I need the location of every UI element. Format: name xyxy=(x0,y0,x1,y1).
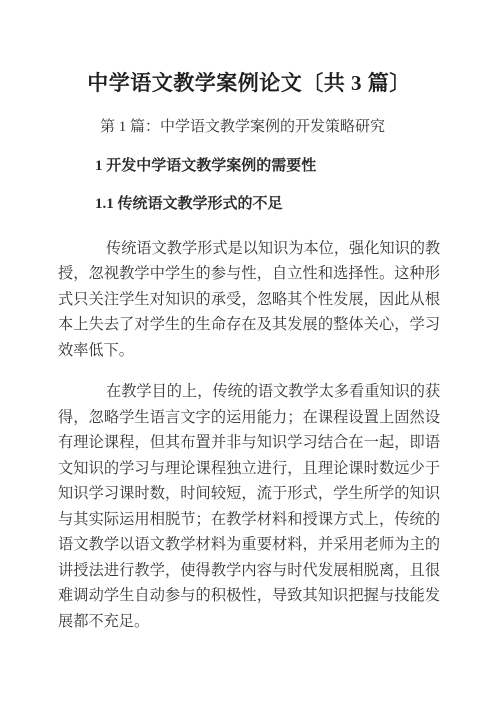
text-line: 语文教学以语文教学材料为重要材料，并采用老师为主的 xyxy=(58,532,440,558)
text-line: 讲授法进行教学，使得教学内容与时代发展相脱离，且很 xyxy=(58,558,440,584)
document-body: 传统语文教学形式是以知识为本位，强化知识的教授，忽视教学中学生的参与性，自立性和… xyxy=(58,236,440,635)
section-subtitle: 第 1 篇：中学语文教学案例的开发策略研究 xyxy=(58,115,440,141)
text-line: 知识学习课时数，时间较短，流于形式，学生所学的知识 xyxy=(58,481,440,507)
text-line: 得，忽略学生语言文字的运用能力；在课程设置上固然设 xyxy=(58,405,440,431)
document-content: 中学语文教学案例论文〔共 3 篇〕 第 1 篇：中学语文教学案例的开发策略研究 … xyxy=(0,0,500,634)
text-line: 授，忽视教学中学生的参与性，自立性和选择性。这种形 xyxy=(58,261,440,287)
text-line: 传统语文教学形式是以知识为本位，强化知识的教 xyxy=(58,236,440,262)
document-title: 中学语文教学案例论文〔共 3 篇〕 xyxy=(58,70,440,97)
text-line: 有理论课程，但其布置并非与知识学习结合在一起，即语 xyxy=(58,430,440,456)
text-line: 与其实际运用相脱节；在教学材料和授课方式上，传统的 xyxy=(58,507,440,533)
text-line: 文知识的学习与理论课程独立进行，且理论课时数远少于 xyxy=(58,456,440,482)
text-line: 效率低下。 xyxy=(58,338,440,364)
paragraph: 在教学目的上，传统的语文教学太多看重知识的获得，忽略学生语言文字的运用能力；在课… xyxy=(58,379,440,634)
heading-level-1: 1 开发中学语文教学案例的需要性 xyxy=(58,154,440,180)
text-line: 本上失去了对学生的生命存在及其发展的整体关心，学习 xyxy=(58,312,440,338)
text-line: 展都不充足。 xyxy=(58,609,440,635)
document-page: 中学语文教学案例论文〔共 3 篇〕 第 1 篇：中学语文教学案例的开发策略研究 … xyxy=(0,0,500,707)
text-line: 在教学目的上，传统的语文教学太多看重知识的获 xyxy=(58,379,440,405)
heading-level-2: 1.1 传统语文教学形式的不足 xyxy=(58,192,440,218)
text-line: 难调动学生自动参与的积极性，导致其知识把握与技能发 xyxy=(58,583,440,609)
paragraph: 传统语文教学形式是以知识为本位，强化知识的教授，忽视教学中学生的参与性，自立性和… xyxy=(58,236,440,364)
text-line: 式只关注学生对知识的承受，忽略其个性发展，因此从根 xyxy=(58,287,440,313)
